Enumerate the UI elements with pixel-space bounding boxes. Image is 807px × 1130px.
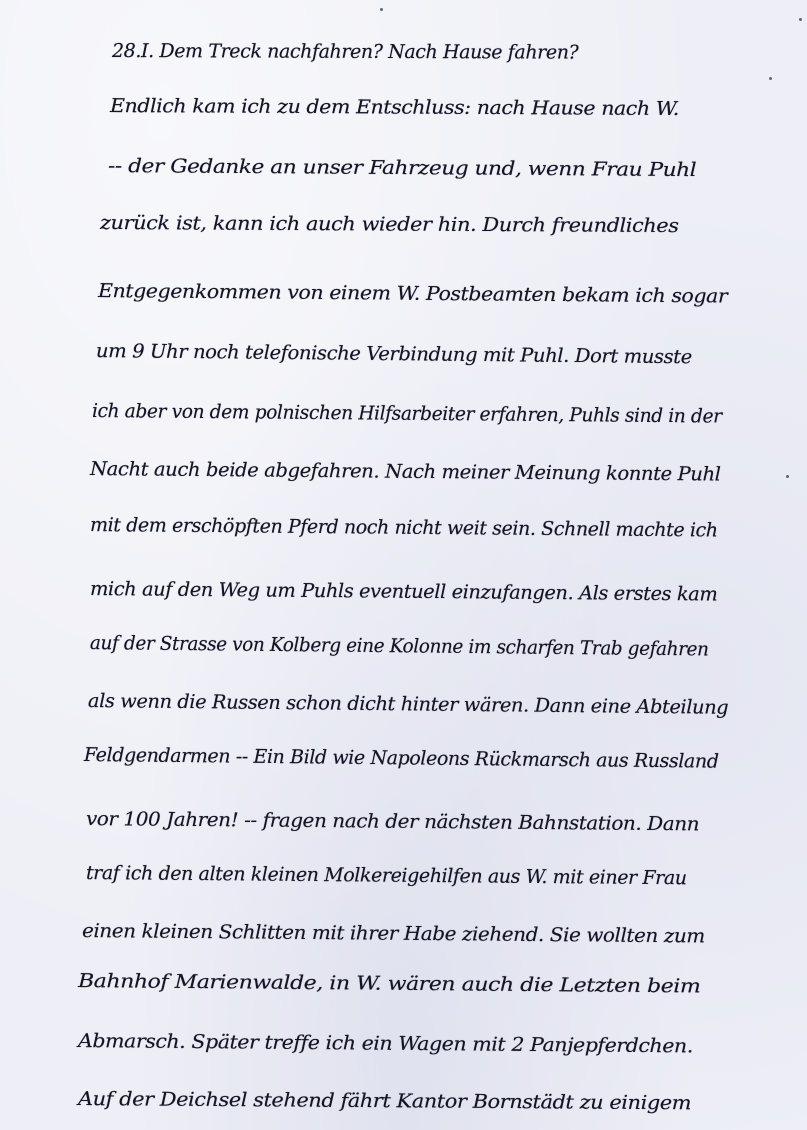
diary-line: traf ich den alten kleinen Molkereigehil…: [86, 862, 687, 889]
diary-line: als wenn die Russen schon dicht hinter w…: [88, 690, 728, 719]
diary-line: -- der Gedanke an unser Fahrzeug und, we…: [108, 155, 696, 181]
diary-line: Auf der Deichsel stehend fährt Kantor Bo…: [78, 1088, 691, 1114]
diary-line: ich aber von dem polnischen Hilfsarbeite…: [92, 400, 722, 427]
diary-page: 28.I. Dem Treck nachfahren? Nach Hause f…: [0, 0, 807, 1130]
paper-speck: [799, 18, 802, 21]
diary-line: zurück ist, kann ich auch wieder hin. Du…: [100, 212, 679, 237]
diary-line: Bahnhof Marienwalde, in W. wären auch di…: [78, 970, 701, 997]
diary-line: einen kleinen Schlitten mit ihrer Habe z…: [82, 920, 705, 947]
diary-line: mich auf den Weg um Puhls eventuell einz…: [90, 578, 718, 605]
diary-line: auf der Strasse von Kolberg eine Kolonne…: [90, 632, 709, 660]
diary-line: Entgegenkommen von einem W. Postbeamten …: [98, 280, 727, 307]
diary-line: um 9 Uhr noch telefonische Verbindung mi…: [96, 340, 692, 368]
diary-line: Abmarsch. Später treffe ich ein Wagen mi…: [78, 1030, 693, 1057]
paper-speck: [769, 77, 772, 80]
diary-line: Endlich kam ich zu dem Entschluss: nach …: [110, 95, 679, 120]
diary-line: Nacht auch beide abgefahren. Nach meiner…: [90, 458, 721, 486]
paper-speck: [786, 475, 789, 478]
diary-line: vor 100 Jahren! -- fragen nach der nächs…: [86, 808, 699, 835]
diary-line: mit dem erschöpften Pferd noch nicht wei…: [90, 514, 718, 541]
paper-speck: [380, 8, 383, 11]
diary-line-date-heading: 28.I. Dem Treck nachfahren? Nach Hause f…: [112, 40, 578, 64]
diary-line: Feldgendarmen -- Ein Bild wie Napoleons …: [84, 744, 719, 773]
